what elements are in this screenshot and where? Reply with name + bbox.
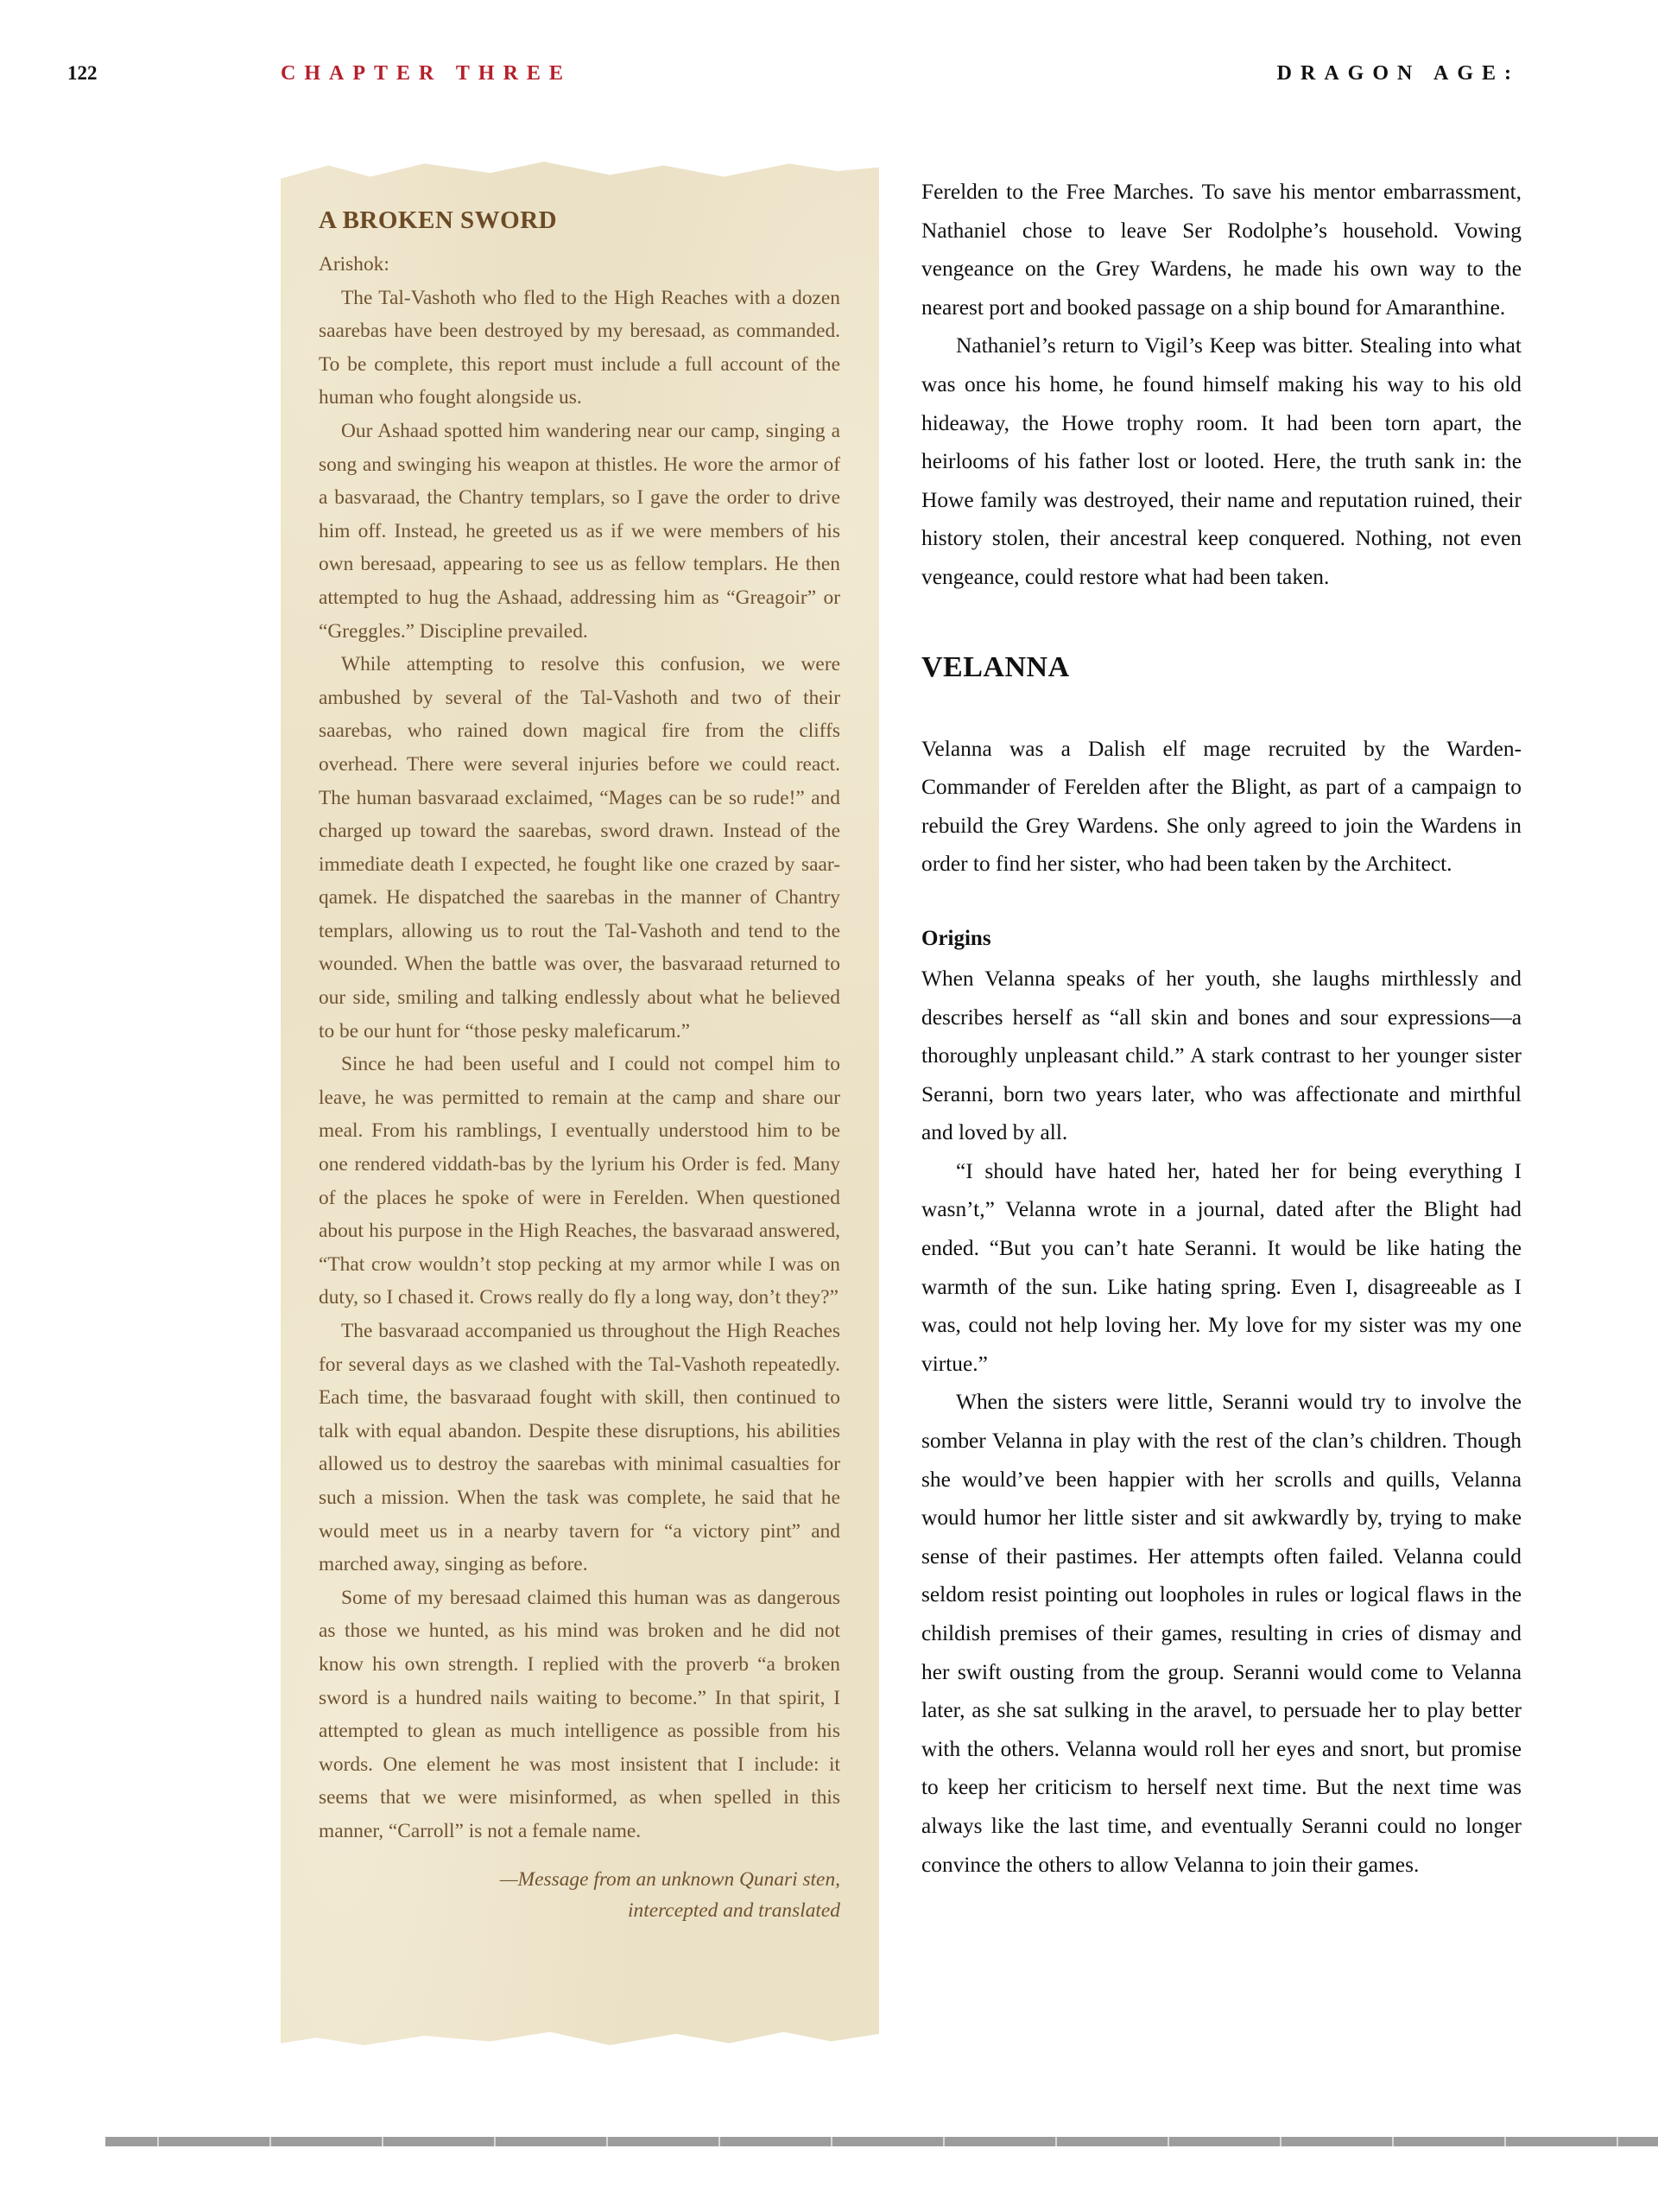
page-number: 122 xyxy=(67,62,98,85)
sidebar-paragraph: The Tal-Vashoth who fled to the High Rea… xyxy=(319,282,840,415)
sidebar-title: A BROKEN SWORD xyxy=(319,205,840,236)
attribution-line: —Message from an unknown Qunari sten, xyxy=(319,1864,840,1895)
sidebar-paragraph: The basvaraad accompanied us throughout … xyxy=(319,1315,840,1581)
sidebar-paragraph: Our Ashaad spotted him wandering near ou… xyxy=(319,415,840,648)
sidebar-content: A BROKEN SWORD Arishok: The Tal-Vashoth … xyxy=(319,205,840,1926)
body-paragraph: When Velanna speaks of her youth, she la… xyxy=(921,960,1522,1152)
sidebar-paragraph: Some of my beresaad claimed this human w… xyxy=(319,1581,840,1848)
footer-decorative-bar xyxy=(105,2137,1658,2146)
chapter-label: CHAPTER THREE xyxy=(281,62,572,86)
sidebar-attribution: —Message from an unknown Qunari sten, in… xyxy=(319,1864,840,1926)
subsection-heading: Origins xyxy=(921,922,1522,956)
body-paragraph: “I should have hated her, hated her for … xyxy=(921,1152,1522,1384)
body-paragraph: Ferelden to the Free Marches. To save hi… xyxy=(921,173,1522,326)
section-heading: VELANNA xyxy=(921,650,1522,685)
book-title: DRAGON AGE: xyxy=(1277,62,1520,86)
sidebar-paragraph: Since he had been useful and I could not… xyxy=(319,1048,840,1315)
main-column: Ferelden to the Free Marches. To save hi… xyxy=(921,173,1522,1884)
sidebar-salutation: Arishok: xyxy=(319,248,840,282)
body-paragraph: Velanna was a Dalish elf mage recruited … xyxy=(921,730,1522,884)
body-paragraph: When the sisters were little, Seranni wo… xyxy=(921,1383,1522,1884)
attribution-line: intercepted and translated xyxy=(319,1895,840,1926)
sidebar-paragraph: While attempting to resolve this confusi… xyxy=(319,648,840,1048)
sidebar-box: A BROKEN SWORD Arishok: The Tal-Vashoth … xyxy=(281,160,879,2047)
body-paragraph: Nathaniel’s return to Vigil’s Keep was b… xyxy=(921,326,1522,596)
running-header: 122 CHAPTER THREE DRAGON AGE: xyxy=(0,62,1658,93)
